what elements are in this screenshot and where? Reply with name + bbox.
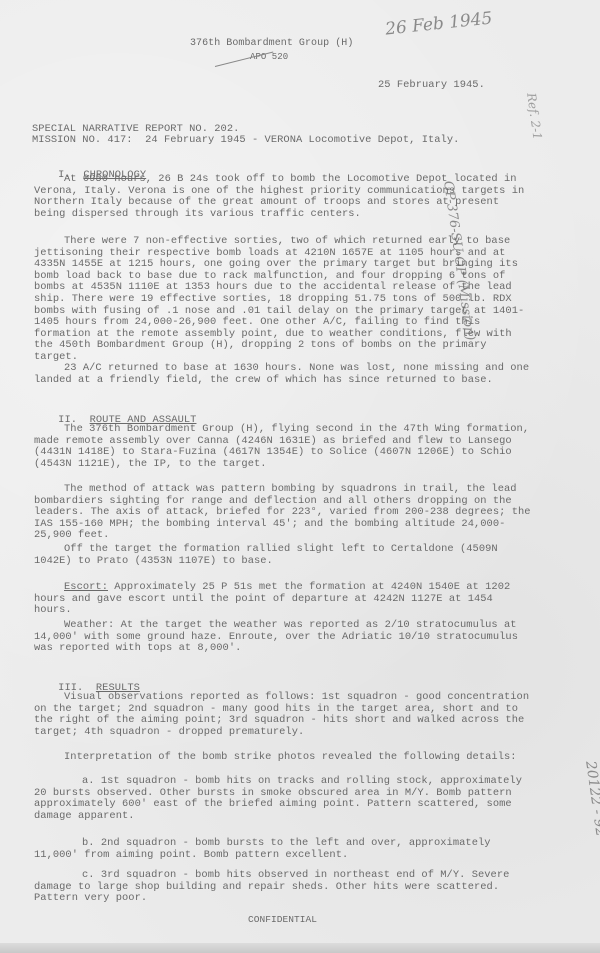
mission-line: MISSION NO. 417: 24 February 1945 - VERO…: [32, 135, 459, 147]
paragraph: At 0950 hours, 26 B 24s took off to bomb…: [34, 174, 534, 220]
weather-paragraph: Weather: At the target the weather was r…: [34, 620, 534, 655]
classification-footer: CONFIDENTIAL: [248, 914, 317, 926]
paragraph: Interpretation of the bomb strike photos…: [34, 752, 534, 764]
escort-paragraph: Escort: Approximately 25 P 51s met the f…: [34, 582, 534, 617]
paragraph: There were 7 non-effective sorties, two …: [34, 236, 534, 364]
margin-note-ref: Ref. 2-1: [524, 92, 544, 141]
result-item: b. 2nd squadron - bomb bursts to the lef…: [34, 838, 534, 861]
result-item: c. 3rd squadron - bomb hits observed in …: [34, 870, 534, 905]
handwritten-date: 26 Feb 1945: [384, 8, 493, 39]
document-page: 376th Bombardment Group (H) APO 520 26 F…: [0, 0, 600, 953]
paragraph: Visual observations reported as follows:…: [34, 692, 534, 738]
paragraph: 23 A/C returned to base at 1630 hours. N…: [34, 363, 534, 386]
weather-label: Weather:: [64, 619, 114, 631]
escort-label: Escort:: [64, 581, 108, 593]
unit-apo: APO 520: [250, 52, 288, 64]
paragraph: The 376th Bombardment Group (H), flying …: [34, 424, 534, 470]
paragraph: The method of attack was pattern bombing…: [34, 484, 534, 542]
page-edge: [0, 943, 600, 953]
result-item: a. 1st squadron - bomb hits on tracks an…: [34, 776, 534, 822]
paragraph: Off the target the formation rallied sli…: [34, 544, 534, 567]
unit-header: 376th Bombardment Group (H): [190, 38, 353, 50]
report-date: 25 February 1945.: [378, 80, 485, 92]
margin-note-number: 20122 - 92: [582, 760, 600, 837]
